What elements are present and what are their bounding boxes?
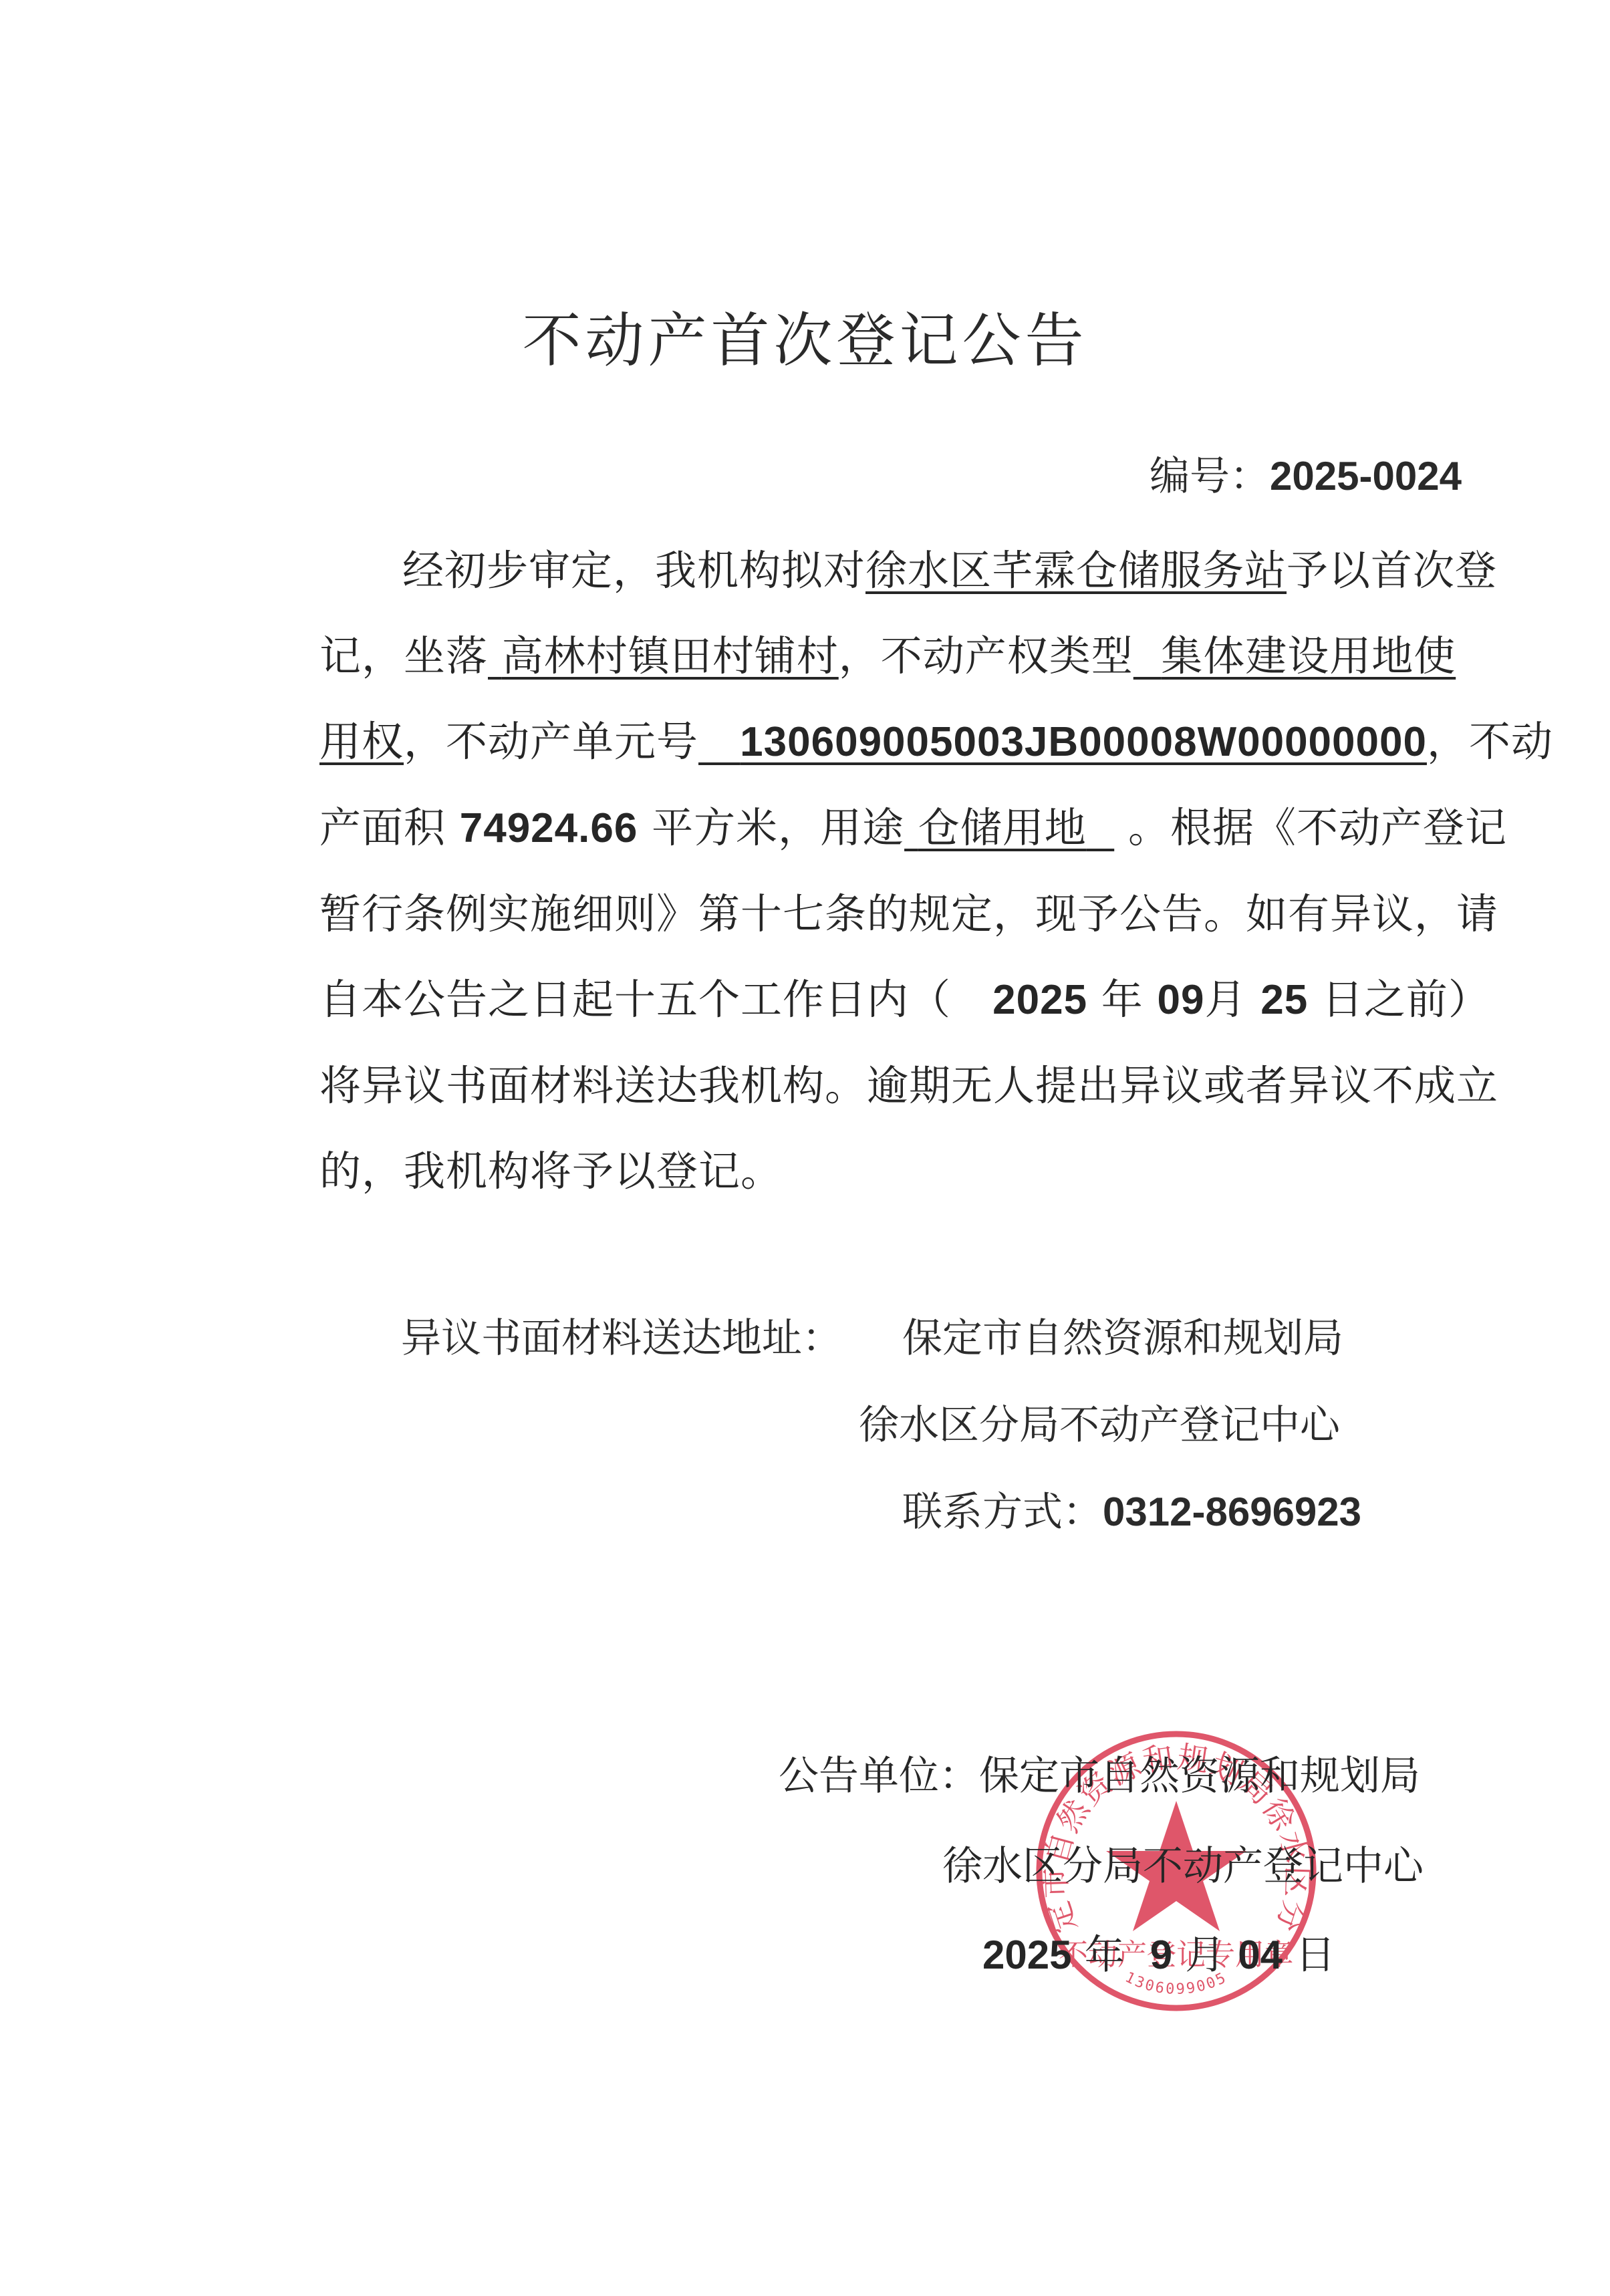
- issue-date-year: 2025: [982, 1932, 1071, 1977]
- property-area: 74924.66: [460, 805, 638, 851]
- deadline-day: 25: [1260, 977, 1308, 1023]
- body-line-1: 经初步审定，我机构拟对徐水区芊霖仓储服务站予以首次登: [319, 528, 1469, 613]
- objection-org-line1: 保定市自然资源和规划局: [902, 1306, 1343, 1364]
- issue-date-month: 9: [1150, 1932, 1172, 1977]
- issue-date: 2025 年 9 月 04 日: [982, 1923, 1335, 1981]
- body-text-segment: ，不动: [1427, 717, 1553, 766]
- issuer-label: 公告单位：: [779, 1753, 979, 1800]
- announcement-body: 经初步审定，我机构拟对徐水区芊霖仓储服务站予以首次登 记，坐落 高林村镇田村铺村…: [319, 528, 1469, 1214]
- issuer-line1: 公告单位：保定市自然资源和规划局: [779, 1744, 1420, 1802]
- objection-address-label: 异议书面材料送达地址：: [401, 1306, 842, 1364]
- issue-date-text: 日: [1295, 1932, 1335, 1979]
- property-right-type-cont: 用权: [319, 717, 404, 766]
- body-text-segment: 日之前）: [1322, 975, 1490, 1024]
- body-text-segment: ，不动产单元号: [404, 717, 698, 766]
- property-location-value: 高林村镇田村铺村: [502, 631, 839, 680]
- body-line-8: 的，我机构将予以登记。: [319, 1129, 1469, 1214]
- objection-org-line2: 徐水区分局不动产登记中心: [859, 1393, 1340, 1451]
- body-text-segment: 予以首次登: [1287, 546, 1497, 595]
- body-text-segment: 平方米，用途: [652, 803, 904, 852]
- document-number-value: 2025-0024: [1270, 454, 1462, 498]
- document-number-label: 编号：: [1150, 453, 1270, 500]
- body-line-5: 暂行条例实施细则》第十七条的规定，现予公告。如有异议，请: [319, 871, 1469, 957]
- deadline-year: 2025: [992, 977, 1087, 1023]
- body-text-segment: 月: [1205, 975, 1247, 1024]
- issuer-line2: 徐水区分局不动产登记中心: [942, 1834, 1424, 1892]
- body-text-segment: ，不动产权类型: [839, 631, 1133, 680]
- issue-date-day: 04: [1238, 1932, 1283, 1977]
- body-text-segment: 。根据《不动产登记: [1128, 803, 1507, 852]
- property-right-type-value: 集体建设用地使: [1161, 631, 1456, 680]
- document-page: 不动产首次登记公告 编号：2025-0024 经初步审定，我机构拟对徐水区芊霖仓…: [0, 0, 1610, 2296]
- body-line-3: 用权，不动产单元号 130609005003JB00008W00000000，不…: [319, 699, 1469, 785]
- property-usage-value: 仓储用地: [918, 803, 1087, 852]
- body-line-2: 记，坐落 高林村镇田村铺村，不动产权类型 集体建设用地使: [319, 613, 1469, 699]
- property-unit-number-value: 130609005003JB00008W00000000: [740, 719, 1427, 765]
- property-unit-number: 130609005003JB00008W00000000: [698, 717, 1427, 766]
- issue-date-text: 年: [1085, 1932, 1125, 1979]
- body-text-segment: 自本公告之日起十五个工作日内（: [319, 975, 951, 1024]
- applicant-name: 徐水区芊霖仓储服务站: [865, 546, 1287, 595]
- body-text-segment: 年: [1101, 975, 1144, 1024]
- issuer-org-line1: 保定市自然资源和规划局: [979, 1753, 1420, 1800]
- issue-date-text: 月: [1185, 1932, 1225, 1979]
- body-text-segment: 产面积: [319, 803, 446, 852]
- body-text-segment: 经初步审定，我机构拟对: [402, 546, 865, 595]
- page-title: 不动产首次登记公告: [0, 294, 1610, 378]
- contact-info: 联系方式：0312-8696923: [902, 1480, 1361, 1538]
- property-right-type: 集体建设用地使: [1133, 631, 1456, 680]
- body-line-4: 产面积 74924.66 平方米，用途 仓储用地 。根据《不动产登记: [319, 785, 1469, 871]
- body-text-segment: 记，坐落: [319, 631, 488, 680]
- deadline-month: 09: [1158, 977, 1205, 1023]
- property-location: 高林村镇田村铺村: [488, 631, 839, 680]
- property-usage: 仓储用地: [904, 803, 1114, 852]
- document-number: 编号：2025-0024: [1150, 444, 1462, 502]
- contact-phone: 0312-8696923: [1103, 1489, 1361, 1534]
- body-line-6: 自本公告之日起十五个工作日内（ 2025 年 09月 25 日之前）: [319, 957, 1469, 1043]
- contact-label: 联系方式：: [902, 1489, 1103, 1536]
- body-line-7: 将异议书面材料送达我机构。逾期无人提出异议或者异议不成立: [319, 1043, 1469, 1129]
